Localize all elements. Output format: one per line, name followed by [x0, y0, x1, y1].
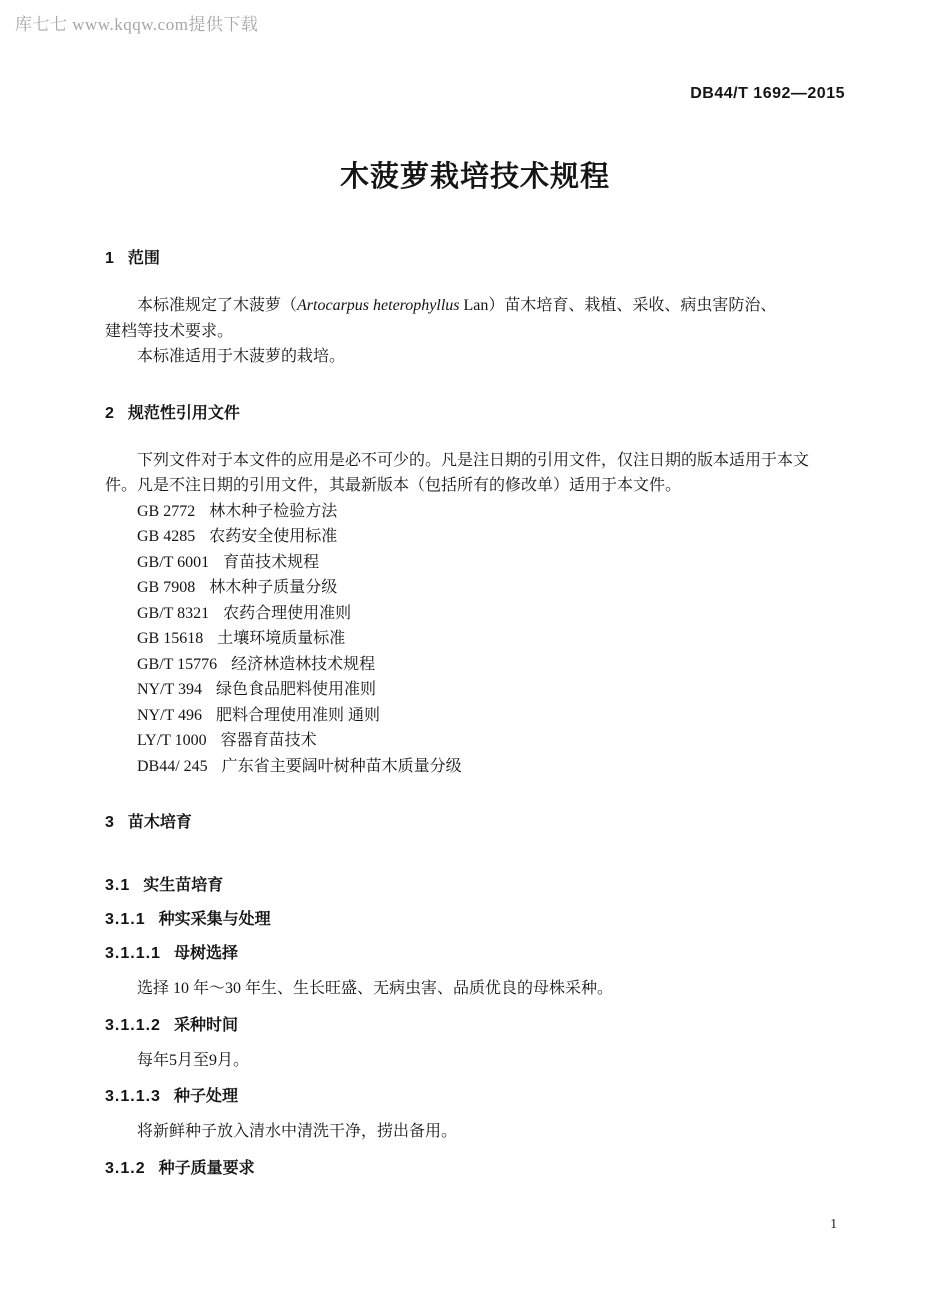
subsection-heading-mother-tree: 3.1.1.1母树选择	[105, 943, 845, 964]
section-number: 3	[105, 814, 115, 831]
section-title: 实生苗培育	[143, 877, 223, 894]
reference-code: NY/T 496	[137, 707, 202, 724]
reference-name: 容器育苗技术	[221, 732, 317, 749]
reference-code: GB/T 8321	[137, 605, 209, 622]
paragraph-text: 件。凡是不注日期的引用文件，其最新版本（包括所有的修改单）适用于本文件。	[105, 477, 681, 494]
section-heading-normative-references: 2规范性引用文件	[105, 403, 845, 424]
paragraph-seed-treatment: 将新鲜种子放入清水中清洗干净，捞出备用。	[105, 1119, 845, 1145]
paragraph-scope-2: 本标准适用于木菠萝的栽培。	[105, 344, 845, 370]
paragraph-collection-time: 每年5月至9月。	[105, 1048, 845, 1074]
section-number: 3.1	[105, 877, 130, 894]
subsection-heading-seed-treatment: 3.1.1.3种子处理	[105, 1086, 845, 1107]
section-number: 1	[105, 250, 115, 267]
reference-item: DB44/ 245广东省主要阔叶树种苗木质量分级	[105, 754, 845, 780]
paragraph-mother-tree: 选择 10 年～30 年生、生长旺盛、无病虫害、品质优良的母株采种。	[105, 976, 845, 1002]
section-number: 3.1.1.3	[105, 1088, 161, 1105]
reference-item: GB 4285农药安全使用标准	[105, 524, 845, 550]
reference-name: 农药安全使用标准	[209, 528, 337, 545]
reference-item: GB 7908林木种子质量分级	[105, 575, 845, 601]
page-number: 1	[830, 1216, 837, 1232]
reference-item: GB/T 6001育苗技术规程	[105, 550, 845, 576]
section-number: 3.1.2	[105, 1160, 146, 1177]
reference-item: GB 15618土壤环境质量标准	[105, 626, 845, 652]
reference-code: GB 7908	[137, 579, 195, 596]
subsection-heading-seedling: 3.1实生苗培育	[105, 875, 845, 896]
reference-name: 肥料合理使用准则 通则	[216, 707, 380, 724]
section-title: 母树选择	[174, 945, 238, 962]
paragraph-text: Lan）苗木培育、栽植、采收、病虫害防治、	[460, 297, 777, 314]
reference-code: LY/T 1000	[137, 732, 207, 749]
reference-code: GB 15618	[137, 630, 203, 647]
section-number: 3.1.1.2	[105, 1017, 161, 1034]
reference-name: 林木种子质量分级	[209, 579, 337, 596]
section-title: 采种时间	[174, 1017, 238, 1034]
reference-name: 农药合理使用准则	[223, 605, 351, 622]
section-title: 种子质量要求	[159, 1160, 255, 1177]
reference-item: GB/T 8321农药合理使用准则	[105, 601, 845, 627]
reference-code: GB 2772	[137, 503, 195, 520]
reference-name: 经济林造林技术规程	[231, 656, 375, 673]
document-page: 库七七 www.kqqw.com提供下载 DB44/T 1692—2015 木菠…	[0, 0, 950, 1313]
section-title: 种实采集与处理	[159, 911, 271, 928]
document-title: 木菠萝栽培技术规程	[105, 161, 845, 194]
reference-item: NY/T 394绿色食品肥料使用准则	[105, 677, 845, 703]
reference-item: LY/T 1000容器育苗技术	[105, 728, 845, 754]
reference-code: GB/T 15776	[137, 656, 217, 673]
latin-species-name: Artocarpus heterophyllus	[297, 297, 460, 314]
reference-item: NY/T 496肥料合理使用准则 通则	[105, 703, 845, 729]
reference-item: GB 2772林木种子检验方法	[105, 499, 845, 525]
section-number: 3.1.1	[105, 911, 146, 928]
reference-name: 土壤环境质量标准	[217, 630, 345, 647]
reference-item: GB/T 15776经济林造林技术规程	[105, 652, 845, 678]
subsection-heading-seed-collection: 3.1.1种实采集与处理	[105, 909, 845, 930]
reference-code: NY/T 394	[137, 681, 202, 698]
reference-name: 育苗技术规程	[223, 554, 319, 571]
reference-list: GB 2772林木种子检验方法 GB 4285农药安全使用标准 GB/T 600…	[105, 499, 845, 780]
page-content: DB44/T 1692—2015 木菠萝栽培技术规程 1范围 本标准规定了木菠萝…	[0, 0, 950, 1179]
section-title: 苗木培育	[128, 814, 192, 831]
section-heading-scope: 1范围	[105, 248, 845, 269]
reference-name: 广东省主要阔叶树种苗木质量分级	[222, 758, 462, 775]
subsection-heading-seed-quality: 3.1.2种子质量要求	[105, 1158, 845, 1179]
section-title: 种子处理	[174, 1088, 238, 1105]
section-heading-nursery: 3苗木培育	[105, 812, 845, 833]
section-title: 范围	[128, 250, 160, 267]
reference-name: 绿色食品肥料使用准则	[216, 681, 376, 698]
watermark-text: 库七七 www.kqqw.com提供下载	[15, 10, 258, 35]
reference-code: GB 4285	[137, 528, 195, 545]
section-number: 2	[105, 405, 115, 422]
section-number: 3.1.1.1	[105, 945, 161, 962]
section-title: 规范性引用文件	[128, 405, 240, 422]
reference-code: GB/T 6001	[137, 554, 209, 571]
paragraph-text: 本标准规定了木菠萝（	[137, 297, 297, 314]
subsection-heading-collection-time: 3.1.1.2采种时间	[105, 1015, 845, 1036]
paragraph-text: 下列文件对于本文件的应用是必不可少的。凡是注日期的引用文件，仅注日期的版本适用于…	[137, 452, 809, 469]
reference-name: 林木种子检验方法	[209, 503, 337, 520]
paragraph-text: 建档等技术要求。	[105, 323, 233, 340]
paragraph-refs-intro: 下列文件对于本文件的应用是必不可少的。凡是注日期的引用文件，仅注日期的版本适用于…	[105, 448, 845, 499]
reference-code: DB44/ 245	[137, 758, 208, 775]
paragraph-scope-1: 本标准规定了木菠萝（Artocarpus heterophyllus Lan）苗…	[105, 293, 845, 344]
